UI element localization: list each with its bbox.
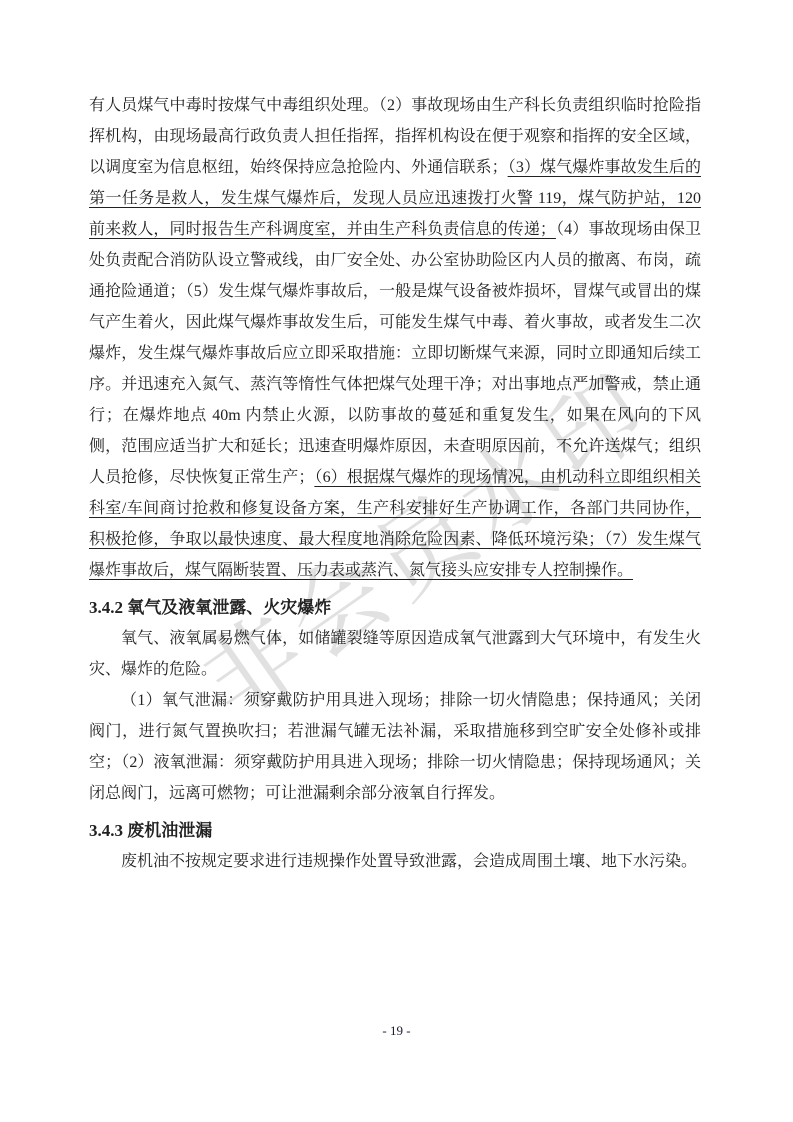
document-page: 非会员水印 有人员煤气中毒时按煤气中毒组织处理。（2）事故现场由生产科长负责组织… [0, 0, 793, 1122]
paragraph-waste-oil-leak: 废机油不按规定要求进行违规操作处置导致泄露，会造成周围土壤、地下水污染。 [89, 846, 701, 877]
section-heading-3-4-2: 3.4.2 氧气及液氧泄露、火灾爆炸 [89, 592, 701, 623]
paragraph-coal-gas-emergency: 有人员煤气中毒时按煤气中毒组织处理。（2）事故现场由生产科长负责组织临时抢险指挥… [89, 90, 701, 586]
page-content: 有人员煤气中毒时按煤气中毒组织处理。（2）事故现场由生产科长负责组织临时抢险指挥… [89, 90, 701, 877]
paragraph-oxygen-leak-risk: 氧气、液氧属易燃气体，如储罐裂缝等原因造成氧气泄露到大气环境中，有发生火灾、爆炸… [89, 623, 701, 685]
paragraph-oxygen-leak-measures: （1）氧气泄漏：须穿戴防护用具进入现场；排除一切火情隐患；保持通风；关闭阀门，进… [89, 685, 701, 809]
page-number: - 19 - [0, 1022, 793, 1040]
section-heading-3-4-3: 3.4.3 废机油泄漏 [89, 815, 701, 846]
text-segment-plain: （4）事故现场由保卫处负责配合消防队设立警戒线，由厂安全处、办公室协助险区内人员… [89, 221, 701, 486]
